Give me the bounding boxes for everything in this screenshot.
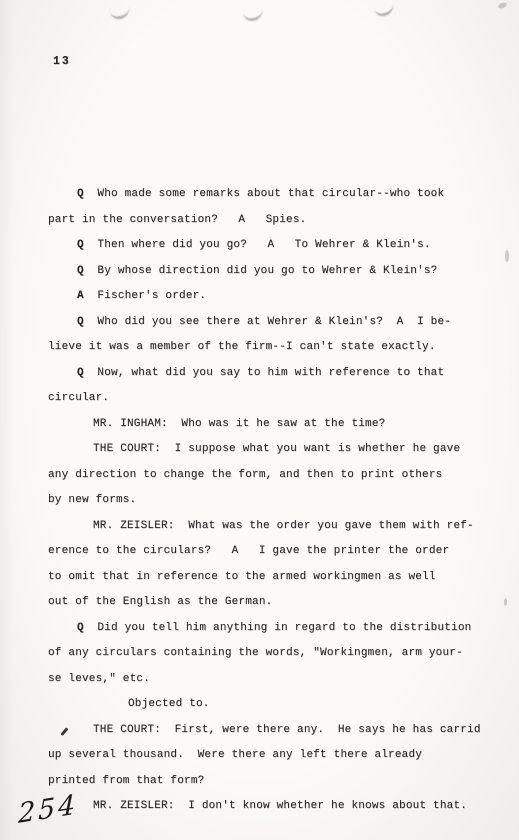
transcript-line: to omit that in reference to the armed w… <box>48 565 488 591</box>
transcript-line: Q Did you tell him anything in regard to… <box>48 616 488 642</box>
scanned-transcript-page: 13 Q Who made some remarks about that ci… <box>0 0 519 840</box>
transcript-line: MR. ZEISLER: I don't know whether he kno… <box>48 794 488 820</box>
transcript-line: Q Then where did you go? A To Wehrer & K… <box>48 233 488 259</box>
transcript-line: THE COURT: I suppose what you want is wh… <box>48 437 488 463</box>
transcript-line: of any circulars containing the words, "… <box>48 641 488 667</box>
transcript-line: se leves," etc. <box>48 667 488 693</box>
transcript-body: Q Who made some remarks about that circu… <box>48 182 488 820</box>
transcript-line: Q By whose direction did you go to Wehre… <box>48 259 488 285</box>
transcript-line: MR. ZEISLER: What was the order you gave… <box>48 514 488 540</box>
ink-smudge-icon <box>242 5 263 22</box>
transcript-line: circular. <box>48 386 488 412</box>
transcript-line: up several thousand. Were there any left… <box>48 743 488 769</box>
transcript-line: Q Who made some remarks about that circu… <box>48 182 488 208</box>
ink-smudge-icon <box>109 2 131 20</box>
transcript-line: THE COURT: First, were there any. He say… <box>48 718 488 744</box>
transcript-line: A Fischer's order. <box>48 284 488 310</box>
folio-number-handwritten: 254 <box>18 789 78 830</box>
transcript-line: MR. INGHAM: Who was it he saw at the tim… <box>48 412 488 438</box>
transcript-line: any direction to change the form, and th… <box>48 463 488 489</box>
transcript-line: printed from that form? <box>48 769 488 795</box>
ink-smudge-icon <box>373 0 396 18</box>
scan-speck <box>497 2 507 10</box>
scan-speck <box>504 598 507 606</box>
scan-speck <box>505 250 509 262</box>
transcript-line: out of the English as the German. <box>48 590 488 616</box>
page-number: 13 <box>53 55 71 68</box>
transcript-line: erence to the circulars? A I gave the pr… <box>48 539 488 565</box>
transcript-line: Q Who did you see there at Wehrer & Klei… <box>48 310 488 336</box>
transcript-line: by new forms. <box>48 488 488 514</box>
transcript-line: lieve it was a member of the firm--I can… <box>48 335 488 361</box>
transcript-line: Objected to. <box>48 692 488 718</box>
transcript-line: part in the conversation? A Spies. <box>48 208 488 234</box>
transcript-line: Q Now, what did you say to him with refe… <box>48 361 488 387</box>
